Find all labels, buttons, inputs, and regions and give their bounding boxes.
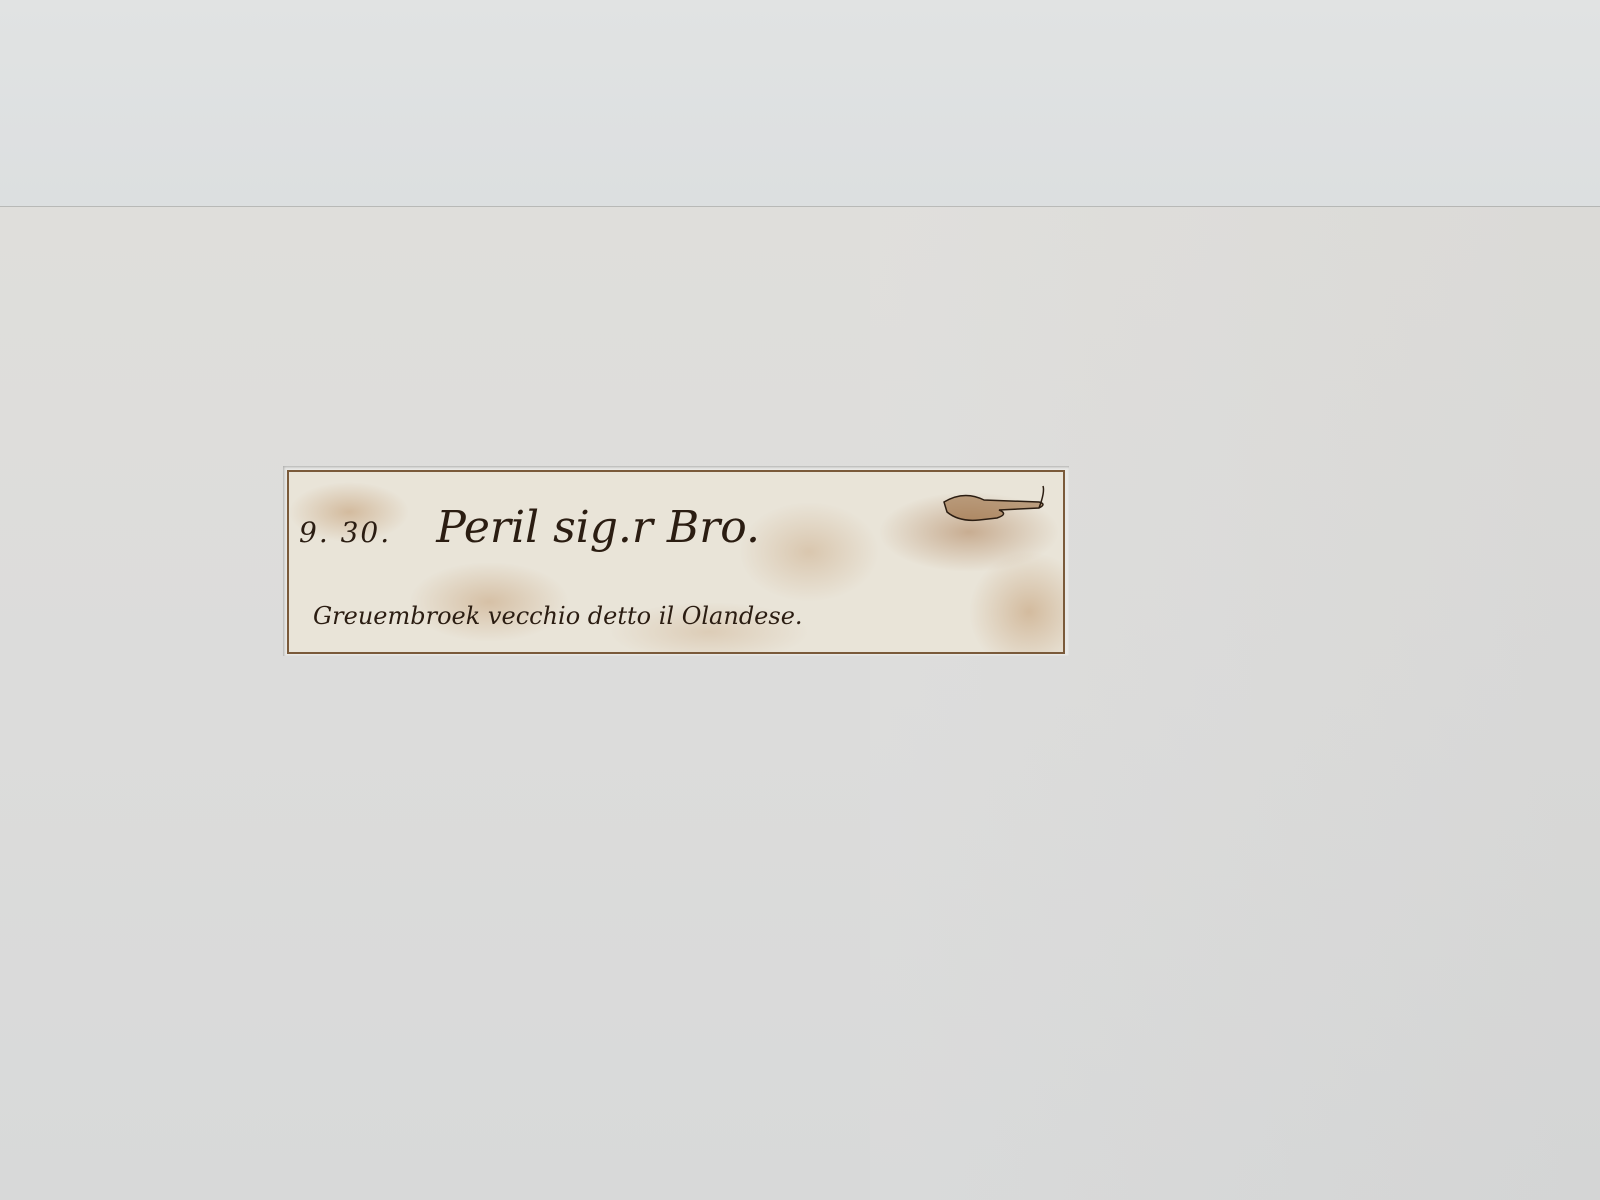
handwritten-label: 9. 30. Peril sig.r Bro. Greuembroek vecc…: [287, 470, 1065, 654]
mount-board-right-shade: [870, 206, 1600, 1200]
manicule-pointing-hand-icon: [939, 482, 1049, 532]
label-title: Peril sig.r Bro.: [436, 502, 760, 553]
label-line-2: Greuembroek vecchio detto il Olandese.: [313, 602, 803, 630]
label-line-1: 9. 30. Peril sig.r Bro.: [299, 502, 760, 553]
top-board: [0, 0, 1600, 206]
inventory-number: 9. 30.: [299, 516, 391, 549]
